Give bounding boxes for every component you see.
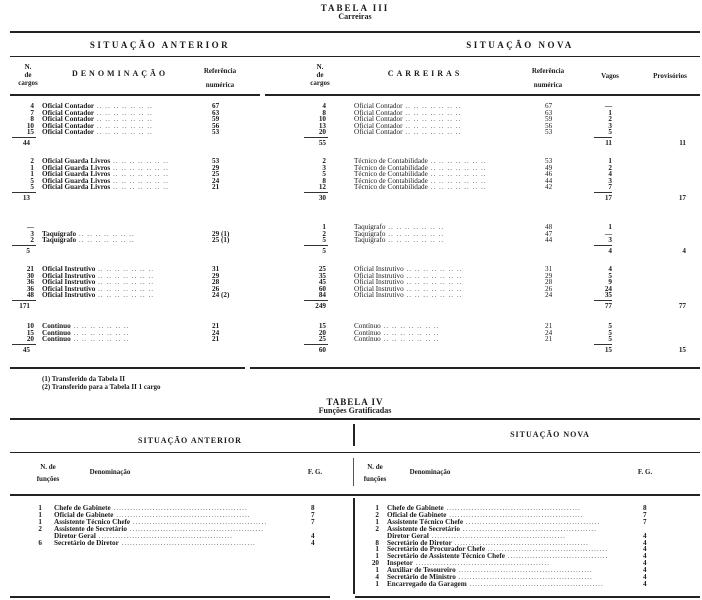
funcao-denominacao: Encarregado da Garagem .................… — [387, 581, 607, 588]
referencia-anterior: 25 (1) — [212, 237, 252, 244]
tabela4-section-anterior: SITUAÇÃO ANTERIOR — [100, 436, 280, 445]
denominacao-anterior: Oficial Contador .. .. .. .. .. .. .. — [42, 129, 182, 136]
tabela4-divider-header — [353, 458, 354, 486]
subtotal-rule-anterior — [12, 344, 36, 345]
n-cargos-anterior: 2 — [12, 237, 34, 244]
leader-dots: .. .. .. .. .. .. .. — [71, 335, 130, 343]
bottom-rule-left — [10, 367, 245, 369]
fg-anterior: 7 — [311, 519, 321, 526]
subtotal-rule-nova — [304, 300, 328, 301]
t4-header-denominacao-anterior: Denominação — [80, 468, 140, 476]
referencia-anterior: 24 (2) — [212, 292, 252, 299]
leader-dots: ........................................… — [119, 540, 256, 547]
header-referencia-nova: Referência numérica — [518, 64, 578, 92]
total-vagos: 15 — [594, 347, 612, 354]
t4-header-fg-nova: F. G. — [630, 468, 660, 476]
carreira-text: Oficial Instrutivo — [354, 291, 404, 299]
n-cargos-anterior: 48 — [12, 292, 34, 299]
referencia-anterior: 21 — [212, 184, 252, 191]
header-n-cargos-nova: N. de cargos — [300, 63, 340, 87]
denominacao-nova: Taquígrafo .. .. .. .. .. .. .. — [354, 237, 514, 244]
subtotal-rule-nova — [304, 137, 328, 138]
total-nova: 5 — [306, 248, 326, 255]
tabela4-section-nova: SITUAÇÃO NOVA — [460, 430, 640, 439]
denominacao-anterior: Contínuo .. .. .. .. .. .. .. — [42, 336, 182, 343]
denominacao-text: Taquígrafo — [42, 236, 76, 244]
fg-anterior: 4 — [311, 540, 321, 547]
subtotal-rule-anterior — [12, 300, 36, 301]
tabela4-subtitle: Funções Gratificadas — [290, 406, 420, 415]
total-vagos: 77 — [594, 303, 612, 310]
n-cargos-nova: 84 — [306, 292, 326, 299]
subtotal-rule-anterior — [12, 137, 36, 138]
denominacao-text: Oficial Contador — [42, 128, 94, 136]
total-anterior: 13 — [8, 195, 30, 202]
subtotal-rule-vagos — [594, 137, 612, 138]
total-provisorios: 15 — [668, 347, 686, 354]
leader-dots: .. .. .. .. .. .. .. — [95, 291, 154, 299]
tabela4-header-rule — [10, 494, 700, 496]
n-funcoes-nova: 2 — [363, 526, 379, 533]
t4-header-denominacao-nova: Denominação — [400, 468, 460, 476]
header-denominacao: DENOMINAÇÃO — [60, 70, 180, 78]
header-vagos: Vagos — [590, 72, 630, 80]
denominacao-nova: Técnico de Contabilidade .. .. .. .. .. … — [354, 184, 514, 191]
total-nova: 30 — [306, 195, 326, 202]
header-n-cargos-anterior: N. de cargos — [8, 63, 48, 87]
subtotal-rule-vagos — [594, 344, 612, 345]
vagos: 3 — [594, 237, 612, 244]
header-referencia-anterior: Referência numérica — [190, 64, 250, 92]
total-vagos: 4 — [594, 248, 612, 255]
leader-dots: .. .. .. .. .. .. .. — [110, 183, 169, 191]
leader-dots: .. .. .. .. .. .. .. — [76, 236, 135, 244]
tabela4-bottom-rule-right — [355, 596, 700, 598]
vagos: 5 — [594, 336, 612, 343]
n-cargos-nova: 5 — [306, 237, 326, 244]
carreira-text: Taquígrafo — [354, 236, 385, 244]
referencia-nova: 44 — [545, 237, 575, 244]
vagos: 35 — [594, 292, 612, 299]
tabela4-top-rule — [10, 418, 700, 420]
total-provisorios: 77 — [668, 303, 686, 310]
subtotal-rule-anterior — [12, 245, 36, 246]
leader-dots: .. .. .. .. .. .. .. — [404, 291, 463, 299]
tabela3-section-nova: SITUAÇÃO NOVA — [420, 40, 620, 50]
total-nova: 55 — [306, 140, 326, 147]
referencia-nova: 53 — [545, 129, 575, 136]
referencia-anterior: 53 — [212, 129, 252, 136]
total-vagos: 17 — [594, 195, 612, 202]
total-nova: 249 — [306, 303, 326, 310]
leader-dots: .. .. .. .. .. .. .. — [403, 128, 462, 136]
header-rule-left — [10, 94, 260, 96]
total-anterior: 171 — [8, 303, 30, 310]
denominacao-text: Oficial Instrutivo — [42, 291, 95, 299]
referencia-nova: 21 — [545, 336, 575, 343]
fg-nova: 7 — [643, 519, 653, 526]
header-carreiras: CARREIRAS — [370, 70, 480, 78]
total-anterior: 5 — [8, 248, 30, 255]
header-rule-right — [265, 94, 700, 96]
t4-header-n-funcoes-anterior: N. de funções — [28, 461, 68, 485]
funcao-text: Secretário de Diretor — [54, 540, 119, 547]
vagos: 7 — [594, 184, 612, 191]
n-cargos-anterior: 15 — [12, 129, 34, 136]
denominacao-nova: Oficial Contador .. .. .. .. .. .. .. — [354, 129, 514, 136]
n-cargos-nova: 20 — [306, 129, 326, 136]
total-nova: 60 — [306, 347, 326, 354]
n-funcoes-anterior: 6 — [28, 540, 42, 547]
note-1: (1) Transferido da Tabela II — [42, 376, 125, 383]
leader-dots: ........................................… — [467, 581, 604, 588]
tabela4-divider-top — [353, 424, 355, 446]
carreira-text: Técnico de Contabilidade — [354, 183, 428, 191]
n-cargos-nova: 25 — [306, 336, 326, 343]
total-anterior: 44 — [8, 140, 30, 147]
n-cargos-anterior: 5 — [12, 184, 34, 191]
funcao-text: Encarregado da Garagem — [387, 581, 467, 588]
funcao-denominacao: Secretário de Diretor ..................… — [54, 540, 282, 547]
n-cargos-nova: 12 — [306, 184, 326, 191]
subtotal-rule-vagos — [594, 192, 612, 193]
header-provisorios: Provisórios — [640, 72, 700, 80]
subtotal-rule-vagos — [594, 245, 612, 246]
n-cargos-anterior: 20 — [12, 336, 34, 343]
referencia-anterior: 21 — [212, 336, 252, 343]
carreira-text: Oficial Contador — [354, 128, 403, 136]
leader-dots: .. .. .. .. .. .. .. — [385, 236, 444, 244]
subtotal-rule-anterior — [12, 192, 36, 193]
referencia-nova: 24 — [545, 292, 575, 299]
t4-header-n-funcoes-nova: N. de funções — [360, 461, 390, 485]
vagos: 5 — [594, 129, 612, 136]
subtotal-rule-nova — [304, 344, 328, 345]
bottom-rule-right — [250, 367, 700, 369]
top-rule — [10, 31, 700, 33]
total-provisorios: 17 — [668, 195, 686, 202]
subtotal-rule-nova — [304, 245, 328, 246]
total-provisorios: 11 — [668, 140, 686, 147]
tabela3-section-anterior: SITUAÇÃO ANTERIOR — [60, 40, 260, 50]
leader-dots: .. .. .. .. .. .. .. — [94, 128, 153, 136]
tabela4-section-rule — [10, 452, 700, 453]
note-2: (2) Transferido para a Tabela II 1 cargo — [42, 384, 161, 391]
denominacao-anterior: Taquígrafo .. .. .. .. .. .. .. — [42, 237, 182, 244]
tabela4-bottom-rule-left — [10, 596, 330, 598]
n-funcoes-anterior: 2 — [28, 526, 42, 533]
carreira-text: Contínuo — [354, 335, 381, 343]
tabela4-divider-body — [353, 498, 355, 594]
total-provisorios: 4 — [668, 248, 686, 255]
denominacao-nova: Contínuo .. .. .. .. .. .. .. — [354, 336, 514, 343]
t4-header-fg-anterior: F. G. — [300, 468, 330, 476]
total-anterior: 45 — [8, 347, 30, 354]
subtotal-rule-vagos — [594, 300, 612, 301]
total-vagos: 11 — [594, 140, 612, 147]
denominacao-anterior: Oficial Guarda Livros .. .. .. .. .. .. … — [42, 184, 182, 191]
denominacao-text: Oficial Guarda Livros — [42, 183, 110, 191]
fg-nova: 4 — [643, 581, 653, 588]
section-rule — [10, 56, 700, 57]
referencia-nova: 42 — [545, 184, 575, 191]
tabela3-subtitle: Carreiras — [300, 12, 410, 21]
n-funcoes-nova: 1 — [363, 581, 379, 588]
denominacao-anterior: Oficial Instrutivo .. .. .. .. .. .. .. — [42, 292, 182, 299]
leader-dots: .. .. .. .. .. .. .. — [428, 183, 487, 191]
denominacao-text: Contínuo — [42, 335, 71, 343]
leader-dots: .. .. .. .. .. .. .. — [381, 335, 440, 343]
subtotal-rule-nova — [304, 192, 328, 193]
denominacao-nova: Oficial Instrutivo .. .. .. .. .. .. .. — [354, 292, 514, 299]
